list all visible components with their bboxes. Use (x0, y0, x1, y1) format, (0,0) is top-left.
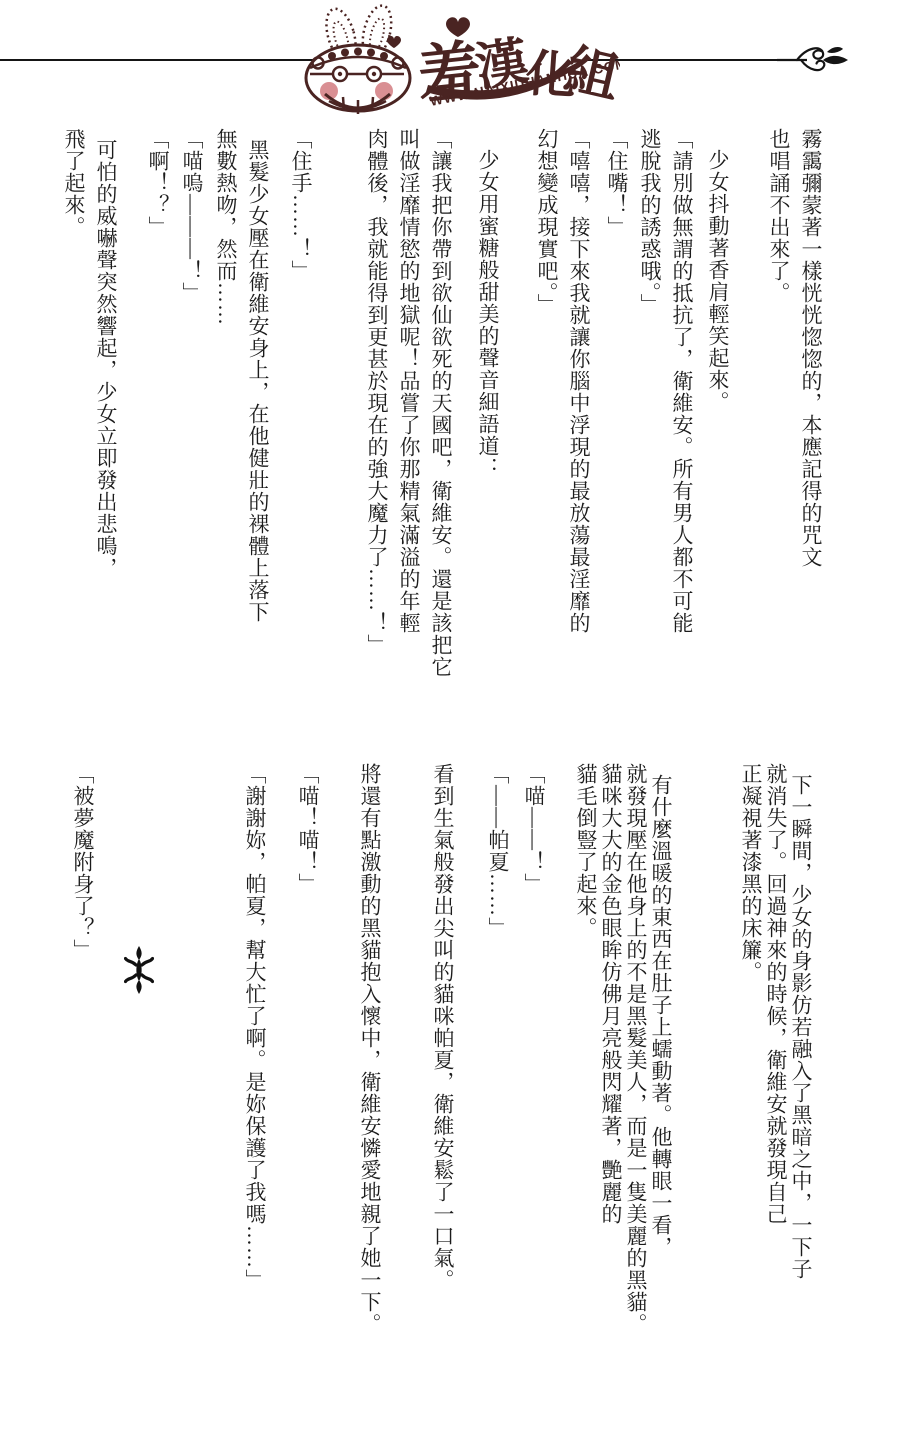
scene-2-text-block: 下一瞬間，少女的身影仿若融入了黑暗之中，一下子就消失了。回過神來的時候，衛維安就… (0, 763, 900, 1373)
text-line: 無數熱吻，然而…… (210, 128, 242, 623)
text-line: 少女抖動著香肩輕笑起來。 (702, 128, 734, 413)
text-line: 少女用蜜糖般甜美的聲音細語道： (472, 128, 504, 479)
heart-icon (387, 36, 401, 48)
text-line: 「被夢魔附身了？」 (70, 763, 95, 961)
text-line: 「啊！？」 (142, 128, 174, 238)
paragraph: 「住嘴！」 (601, 128, 633, 238)
paragraph: 「喵嗚———！」 (176, 128, 208, 304)
paragraph: 「請別做無謂的抵抗了，衛維安。所有男人都不可能逃脫我的誘惑哦。」 (634, 128, 698, 634)
text-line: 有什麼溫暖的東西在肚子上蠕動著。他轉眼一看， (648, 763, 673, 1335)
paragraph: 「住手……！」 (285, 128, 317, 282)
text-line: 肉體後，我就能得到更甚於現在的強大魔力了……！」 (361, 128, 393, 678)
text-line: 「嘻嘻，接下來我就讓你腦中浮現的最放蕩最淫靡的 (563, 128, 595, 634)
text-line: 可怕的威嚇聲突然響起，少女立即發出悲鳴， (90, 128, 122, 579)
header-flourish-icon (777, 39, 849, 81)
paragraph: 黑髮少女壓在衛維安身上，在他健壯的裸體上落下無數熱吻，然而…… (210, 128, 274, 623)
paragraph: 將還有點激動的黑貓抱入懷中，衛維安憐愛地親了她一下。 (357, 763, 382, 1335)
paragraph: 「啊！？」 (142, 128, 174, 238)
text-line: 叫做淫靡情慾的地獄呢！品嘗了你那精氣滿溢的年輕 (393, 128, 425, 678)
text-line: 就發現壓在他身上的不是黑髮美人，而是一隻美麗的黑貓。 (623, 763, 648, 1335)
paragraph: 少女用蜜糖般甜美的聲音細語道： (472, 128, 504, 479)
header-rule-left (0, 59, 318, 61)
text-line: 「喵嗚———！」 (176, 128, 208, 304)
text-line: 也唱誦不出來了。 (763, 128, 795, 568)
paragraph: 「喵——！」 (521, 763, 546, 895)
text-line: 貓毛倒豎了起來。 (573, 763, 598, 1335)
text-line: 下一瞬間，少女的身影仿若融入了黑暗之中，一下子 (788, 763, 813, 1280)
text-line: 「住手……！」 (285, 128, 317, 282)
text-line: 正凝視著漆黑的床簾。 (738, 763, 763, 1280)
paragraph: 「——帕夏……」 (485, 763, 510, 939)
text-line: 飛了起來。 (58, 128, 90, 579)
paragraph: 霧靄彌蒙著一樣恍恍惚惚的，本應記得的咒文也唱誦不出來了。 (763, 128, 827, 568)
text-line: 「——帕夏……」 (485, 763, 510, 939)
text-line: 貓咪大大的金色眼眸仿佛月亮般閃耀著，艷麗的 (598, 763, 623, 1335)
paragraph: 「讓我把你帶到欲仙欲死的天國吧，衛維安。還是該把它叫做淫靡情慾的地獄呢！品嘗了你… (361, 128, 457, 678)
scanned-novel-page: 羞 漢 化 組 WWW.HAIXIUHANHUA.COM 霧靄彌蒙著一樣恍恍惚惚… (0, 0, 900, 1450)
text-line: 霧靄彌蒙著一樣恍恍惚惚的，本應記得的咒文 (795, 128, 827, 568)
paragraph: 下一瞬間，少女的身影仿若融入了黑暗之中，一下子就消失了。回過神來的時候，衛維安就… (738, 763, 813, 1280)
paragraph: 看到生氣般發出尖叫的貓咪帕夏，衛維安鬆了一口氣。 (430, 763, 455, 1291)
rabbit-mascot-icon (306, 3, 410, 114)
paragraph: 「謝謝妳，帕夏，幫大忙了啊。是妳保護了我嗎……」 (242, 763, 267, 1291)
scene-1-text-block: 霧靄彌蒙著一樣恍恍惚惚的，本應記得的咒文也唱誦不出來了。少女抖動著香肩輕笑起來。… (0, 128, 900, 703)
text-line: 「住嘴！」 (601, 128, 633, 238)
text-line: 幻想變成現實吧。」 (531, 128, 563, 634)
text-line: 「喵！喵！」 (295, 763, 320, 895)
paragraph: 有什麼溫暖的東西在肚子上蠕動著。他轉眼一看，就發現壓在他身上的不是黑髮美人，而是… (573, 763, 673, 1335)
text-line: 「喵——！」 (521, 763, 546, 895)
text-line: 看到生氣般發出尖叫的貓咪帕夏，衛維安鬆了一口氣。 (430, 763, 455, 1291)
paragraph: 可怕的威嚇聲突然響起，少女立即發出悲鳴，飛了起來。 (58, 128, 122, 579)
paragraph: 「喵！喵！」 (295, 763, 320, 895)
text-line: 逃脫我的誘惑哦。」 (634, 128, 666, 634)
paragraph: 「被夢魔附身了？」 (70, 763, 95, 961)
text-line: 「請別做無謂的抵抗了，衛維安。所有男人都不可能 (666, 128, 698, 634)
paragraph: 少女抖動著香肩輕笑起來。 (702, 128, 734, 413)
text-line: 就消失了。回過神來的時候，衛維安就發現自己 (763, 763, 788, 1280)
text-line: 將還有點激動的黑貓抱入懷中，衛維安憐愛地親了她一下。 (357, 763, 382, 1335)
scanlation-group-logo: 羞 漢 化 組 WWW.HAIXIUHANHUA.COM (298, 2, 620, 114)
text-line: 黑髮少女壓在衛維安身上，在他健壯的裸體上落下 (242, 128, 274, 623)
text-line: 「謝謝妳，帕夏，幫大忙了啊。是妳保護了我嗎……」 (242, 763, 267, 1291)
text-line: 「讓我把你帶到欲仙欲死的天國吧，衛維安。還是該把它 (425, 128, 457, 678)
heart-icon (446, 17, 470, 37)
paragraph: 「嘻嘻，接下來我就讓你腦中浮現的最放蕩最淫靡的幻想變成現實吧。」 (531, 128, 595, 634)
